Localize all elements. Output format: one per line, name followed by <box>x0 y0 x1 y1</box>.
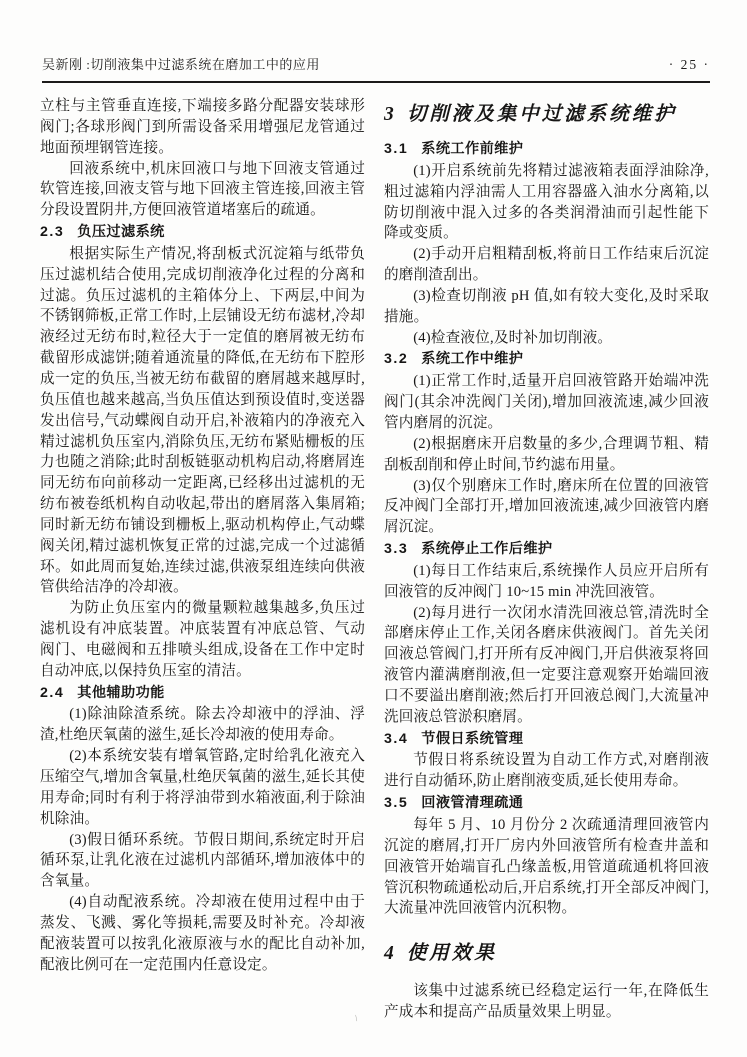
heading-number: 3.5 <box>384 795 408 811</box>
heading-number: 4 <box>384 943 394 964</box>
paragraph: (1)正常工作时,适量开启回液管路开始端冲洗阀门(其余冲洗阀门关闭),增加回液流… <box>384 371 709 434</box>
paragraph: 为防止负压室内的微量颗粒越集越多,负压过滤机设有冲底装置。冲底装置有冲底总管、气… <box>40 598 365 681</box>
right-column: 3切削液及集中过滤系统维护3.1系统工作前维护(1)开启系统前先将精过滤液箱表面… <box>384 96 709 1023</box>
paragraph: (2)每月进行一次闭水清洗回液总管,清洗时全部磨床停止工作,关闭各磨床供液阀门。… <box>384 603 709 728</box>
subsection-heading: 2.4其他辅助功能 <box>40 683 365 704</box>
paragraph: (3)检查切削液 pH 值,如有较大变化,及时采取措施。 <box>384 286 709 328</box>
heading-title: 负压过滤系统 <box>77 224 165 240</box>
paragraph: (3)仅个别磨床工作时,磨床所在位置的回液管反冲阀门全部打开,增加回液流速,减少… <box>384 476 709 539</box>
paragraph: (1)除油除渣系统。除去冷却液中的浮油、浮渣,杜绝厌氧菌的滋生,延长冷却液的使用… <box>40 704 365 746</box>
left-column: 立柱与主管垂直连接,下端接多路分配器安装球形阀门;各球形阀门到所需设备采用增强尼… <box>40 96 365 1023</box>
paragraph: 根据实际生产情况,将刮板式沉淀箱与纸带负压过滤机结合使用,完成切削液净化过程的分… <box>40 244 365 598</box>
subsection-heading: 3.2系统工作中维护 <box>384 349 709 370</box>
paragraph: 该集中过滤系统已经稳定运行一年,在降低生产成本和提高产品质量效果上明显。 <box>384 981 709 1023</box>
running-header: 吴新刚 :切削液集中过滤系统在磨加工中的应用 · 25 · <box>42 0 710 83</box>
paragraph: (2)根据磨床开启数量的多少,合理调节粗、精刮板刮削和停止时间,节约滤布用量。 <box>384 434 709 476</box>
section-heading: 4使用效果 <box>384 940 709 967</box>
heading-number: 3.4 <box>384 731 408 747</box>
page-number: · 25 · <box>669 57 710 73</box>
heading-title: 回液管清理疏通 <box>421 795 523 811</box>
paragraph: 回液系统中,机床回液口与地下回液支管通过软管连接,回液支管与地下回液主管连接,回… <box>40 159 365 222</box>
heading-title: 其他辅助功能 <box>77 685 165 701</box>
paper-page: 吴新刚 :切削液集中过滤系统在磨加工中的应用 · 25 · 立柱与主管垂直连接,… <box>0 0 747 1057</box>
heading-number: 3 <box>384 104 394 125</box>
heading-number: 3.1 <box>384 141 408 157</box>
heading-title: 使用效果 <box>407 943 497 964</box>
paragraph: 节假日将系统设置为自动工作方式,对磨削液进行自动循环,防止磨削液变质,延长使用寿… <box>384 750 709 792</box>
section-heading: 3切削液及集中过滤系统维护 <box>384 101 709 128</box>
heading-title: 系统停止工作后维护 <box>421 541 552 557</box>
heading-number: 2.4 <box>40 685 64 701</box>
heading-title: 节假日系统管理 <box>421 731 523 747</box>
heading-title: 系统工作中维护 <box>421 351 523 367</box>
subsection-heading: 2.3负压过滤系统 <box>40 222 365 243</box>
paragraph: (2)手动开启粗精刮板,将前日工作结束后沉淀的磨削渣刮出。 <box>384 244 709 286</box>
paragraph: (3)假日循环系统。节假日期间,系统定时开启循环泵,让乳化液在过滤机内部循环,增… <box>40 830 365 893</box>
paragraph: 每年 5 月、10 月份分 2 次疏通清理回液管内沉淀的磨屑,打开厂房内外回液管… <box>384 815 709 919</box>
subsection-heading: 3.1系统工作前维护 <box>384 139 709 160</box>
subsection-heading: 3.3系统停止工作后维护 <box>384 539 709 560</box>
heading-number: 3.3 <box>384 541 408 557</box>
paragraph: (2)本系统安装有增氧管路,定时给乳化液充入压缩空气,增加含氧量,杜绝厌氧菌的滋… <box>40 746 365 829</box>
running-title: 吴新刚 :切削液集中过滤系统在磨加工中的应用 <box>42 54 320 73</box>
paragraph: (4)检查液位,及时补加切削液。 <box>384 328 709 349</box>
subsection-heading: 3.5回液管清理疏通 <box>384 793 709 814</box>
paragraph: (1)开启系统前先将精过滤液箱表面浮油除净,粗过滤箱内浮油需人工用容器盛入油水分… <box>384 161 709 244</box>
paragraph: (1)每日工作结束后,系统操作人员应开启所有回液管的反冲阀门 10~15 min… <box>384 561 709 603</box>
heading-number: 2.3 <box>40 224 64 240</box>
heading-number: 3.2 <box>384 351 408 367</box>
subsection-heading: 3.4节假日系统管理 <box>384 729 709 750</box>
heading-title: 系统工作前维护 <box>421 141 523 157</box>
paragraph: 立柱与主管垂直连接,下端接多路分配器安装球形阀门;各球形阀门到所需设备采用增强尼… <box>40 96 365 159</box>
paragraph: (4)自动配液系统。冷却液在使用过程中由于蒸发、飞溅、雾化等损耗,需要及时补充。… <box>40 892 365 975</box>
heading-title: 切削液及集中过滤系统维护 <box>407 104 677 125</box>
article-body: 立柱与主管垂直连接,下端接多路分配器安装球形阀门;各球形阀门到所需设备采用增强尼… <box>40 96 710 1023</box>
